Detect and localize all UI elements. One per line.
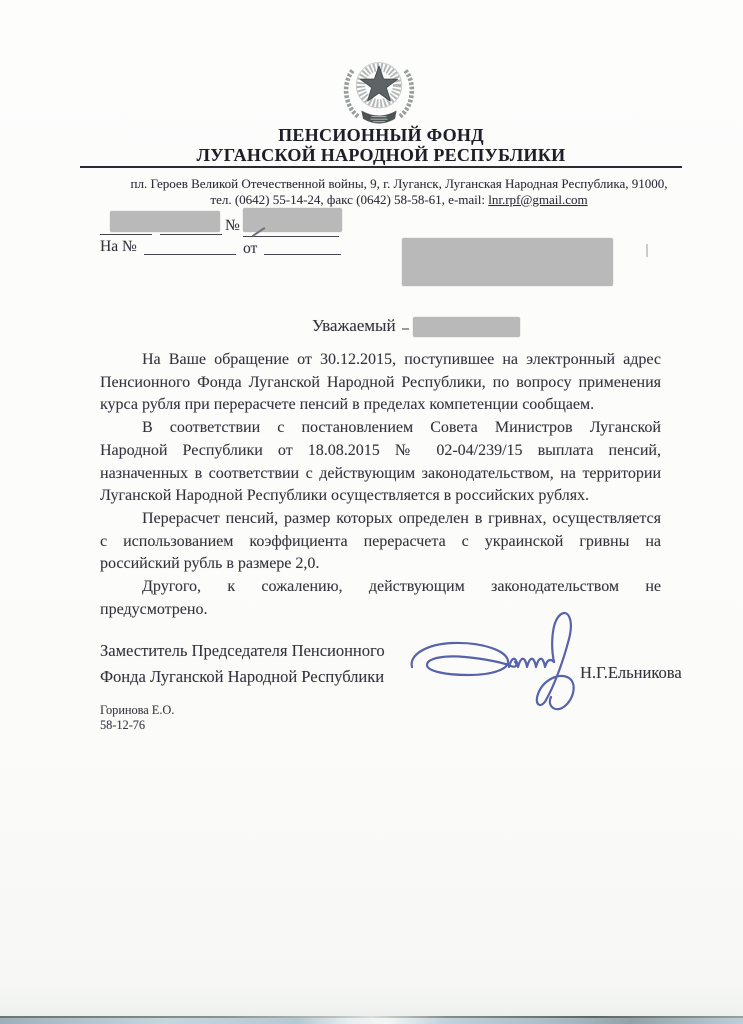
header-divider: [80, 166, 682, 168]
executor-phone: 58-12-76: [100, 718, 174, 733]
redaction-box-outgoing-number: [243, 208, 342, 232]
signature-ink: [406, 610, 578, 722]
executor-name: Горинова Е.О.: [100, 703, 174, 718]
signer-title-line2: Фонда Луганской Народной Республики: [100, 664, 385, 690]
body-line: В соответствии с постановлением Совета М…: [100, 417, 661, 440]
body-line: Луганской Народной Республики осуществля…: [100, 485, 661, 508]
org-name: ПЕНСИОННЫЙ ФОНД ЛУГАНСКОЙ НАРОДНОЙ РЕСПУ…: [80, 125, 682, 165]
body-line: Другого, к сожалению, действующим законо…: [100, 576, 661, 599]
underline-reply-date: [264, 254, 341, 255]
redaction-box-outgoing-date: [110, 211, 220, 232]
scanned-letter-page: ПЕНСИОННЫЙ ФОНД ЛУГАНСКОЙ НАРОДНОЙ РЕСПУ…: [0, 0, 743, 1024]
signer-title-line1: Заместитель Председателя Пенсионного: [100, 638, 385, 664]
executor-block: Горинова Е.О. 58-12-76: [100, 703, 174, 733]
org-name-line2: ЛУГАНСКОЙ НАРОДНОЙ РЕСПУБЛИКИ: [80, 145, 682, 165]
letter-body: На Ваше обращение от 30.12.2015, поступи…: [100, 349, 661, 621]
paragraph-3: Перерасчет пенсий, размер которых опреде…: [100, 508, 661, 576]
underline-reply-number: [144, 254, 236, 255]
scanner-edge-strip: [0, 1018, 743, 1024]
scan-dash-artifact: [402, 328, 409, 330]
paragraph-1: На Ваше обращение от 30.12.2015, поступи…: [100, 349, 661, 417]
body-line: На Ваше обращение от 30.12.2015, поступи…: [100, 349, 661, 372]
email-text: lnr.rpf@gmail.com: [488, 192, 587, 207]
underline-outgoing-date-2: [160, 234, 222, 235]
body-line: назначенных в соответствии с действующим…: [100, 463, 661, 486]
body-line: Народной Республики от 18.08.2015 № 02-0…: [100, 440, 661, 463]
body-line: с использованием коэффициента перерасчет…: [100, 531, 661, 554]
body-line: Перерасчет пенсий, размер которых опреде…: [100, 508, 661, 531]
redaction-box-recipient-name: [413, 317, 520, 337]
org-name-line1: ПЕНСИОННЫЙ ФОНД: [80, 125, 682, 145]
signer-name: Н.Г.Ельникова: [580, 663, 682, 683]
reply-number-label: На №: [100, 238, 137, 256]
body-line: курса рубля при перерасчете пенсий в пре…: [100, 394, 661, 417]
lnr-coat-of-arms-icon: [337, 54, 421, 130]
underline-outgoing-date-1: [100, 234, 152, 235]
address-line2-prefix: тел. (0642) 55-14-24, факс (0642) 58-58-…: [210, 192, 488, 207]
body-line: российский рубль в размере 2,0.: [100, 553, 661, 576]
salutation-text: Уважаемый: [312, 316, 396, 336]
signature-graphic: [406, 610, 578, 722]
scan-tick-artifact: [646, 244, 648, 257]
address-line1: пл. Героев Великой Отечественной войны, …: [98, 176, 700, 192]
underline-outgoing-number: [243, 236, 339, 237]
signer-title: Заместитель Председателя Пенсионного Фон…: [100, 638, 385, 690]
emblem-graphic: [337, 54, 421, 130]
number-sign-label: №: [225, 217, 240, 235]
body-line: Пенсионного Фонда Луганской Народной Рес…: [100, 372, 661, 395]
org-address: пл. Героев Великой Отечественной войны, …: [98, 176, 700, 208]
paragraph-2: В соответствии с постановлением Совета М…: [100, 417, 661, 508]
reply-date-label: от: [243, 240, 257, 258]
redaction-box-recipient: [402, 238, 613, 286]
address-line2: тел. (0642) 55-14-24, факс (0642) 58-58-…: [98, 192, 700, 208]
